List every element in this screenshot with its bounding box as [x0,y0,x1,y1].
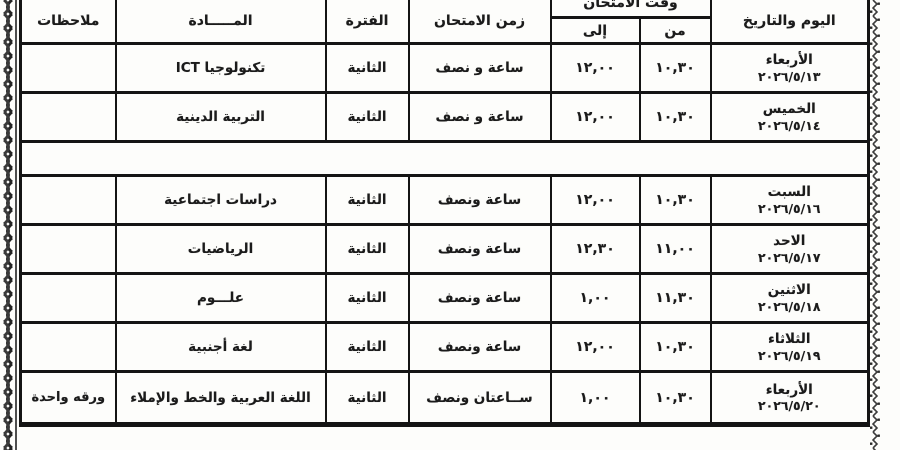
table-header: اليوم والتاريخ وقت الامتحان زمن الامتحان… [21,0,869,44]
time-to-cell: ١٢,٠٠ [551,44,640,93]
date-value: ٢٠٢٦/٥/١٧ [714,250,866,265]
date-value: ٢٠٢٦/٥/١٦ [714,201,866,216]
day-name: الأربعاء [714,52,866,69]
subject-cell: علـــوم [116,274,326,323]
subject-cell: اللغة العربية والخط والإملاء [116,372,326,425]
header-day-date: اليوم والتاريخ [711,0,869,44]
duration-cell: ساعة و نصف [409,93,551,142]
subject-cell: تكنولوجيا ICT [116,44,326,93]
date-value: ٢٠٢٦/٥/١٤ [714,118,866,133]
subject-cell: دراسات اجتماعية [116,176,326,225]
exam-row: الاثنين٢٠٢٦/٥/١٨١١,٣٠١,٠٠ساعة ونصفالثاني… [21,274,869,323]
time-to-cell: ١٢,٠٠ [551,323,640,372]
left-ornament-border [0,0,17,450]
separator-row [21,142,869,176]
right-ornament-border [868,0,882,450]
day-name: الخميس [714,101,866,118]
day-date-cell: السبت٢٠٢٦/٥/١٦ [711,176,869,225]
period-cell: الثانية [326,176,409,225]
time-from-cell: ١٠,٣٠ [640,93,711,142]
period-cell: الثانية [326,323,409,372]
subject-cell: الرياضيات [116,225,326,274]
time-to-cell: ١,٠٠ [551,274,640,323]
day-date-cell: الاثنين٢٠٢٦/٥/١٨ [711,274,869,323]
duration-cell: ساعة ونصف [409,225,551,274]
time-from-cell: ١١,٠٠ [640,225,711,274]
subject-cell: لغة أجنبية [116,323,326,372]
time-to-cell: ١٢,٠٠ [551,176,640,225]
exam-row: الاحد٢٠٢٦/٥/١٧١١,٠٠١٢,٣٠ساعة ونصفالثانية… [21,225,869,274]
time-from-cell: ١٠,٣٠ [640,372,711,425]
day-name: الاحد [714,233,866,250]
notes-cell [21,176,116,225]
header-exam-time: وقت الامتحان [551,0,711,18]
day-date-cell: الأربعاء٢٠٢٦/٥/١٣ [711,44,869,93]
header-period: الفترة [326,0,409,44]
day-date-cell: الخميس٢٠٢٦/٥/١٤ [711,93,869,142]
header-subject: المـــــادة [116,0,326,44]
time-from-cell: ١٠,٣٠ [640,323,711,372]
date-value: ٢٠٢٦/٥/٢٠ [714,398,866,413]
period-cell: الثانية [326,372,409,425]
duration-cell: ســاعتان ونصف [409,372,551,425]
period-cell: الثانية [326,274,409,323]
day-name: السبت [714,184,866,201]
notes-cell [21,225,116,274]
header-exam-time-label: وقت الامتحان [554,0,708,16]
day-date-cell: الثلاثاء٢٠٢٦/٥/١٩ [711,323,869,372]
header-from: من [640,18,711,44]
time-from-cell: ١٠,٣٠ [640,44,711,93]
header-notes: ملاحظات [21,0,116,44]
scanned-exam-schedule-page: اليوم والتاريخ وقت الامتحان زمن الامتحان… [0,0,900,450]
time-from-cell: ١١,٣٠ [640,274,711,323]
header-to: إلى [551,18,640,44]
exam-row: الثلاثاء٢٠٢٦/٥/١٩١٠,٣٠١٢,٠٠ساعة ونصفالثا… [21,323,869,372]
period-cell: الثانية [326,225,409,274]
time-from-cell: ١٠,٣٠ [640,176,711,225]
notes-cell: ورقه واحدة [21,372,116,425]
time-to-cell: ١٢,٠٠ [551,93,640,142]
exam-schedule-table: اليوم والتاريخ وقت الامتحان زمن الامتحان… [19,0,870,427]
period-cell: الثانية [326,44,409,93]
subject-cell: التربية الدينية [116,93,326,142]
time-to-cell: ١٢,٣٠ [551,225,640,274]
date-value: ٢٠٢٦/٥/١٨ [714,299,866,314]
time-to-cell: ١,٠٠ [551,372,640,425]
duration-cell: ساعة ونصف [409,274,551,323]
day-date-cell: الأربعاء٢٠٢٦/٥/٢٠ [711,372,869,425]
exam-row: الأربعاء٢٠٢٦/٥/٢٠١٠,٣٠١,٠٠ســاعتان ونصفا… [21,372,869,425]
day-name: الأربعاء [714,382,866,399]
period-cell: الثانية [326,93,409,142]
exam-row: الأربعاء٢٠٢٦/٥/١٣١٠,٣٠١٢,٠٠ساعة و نصفالث… [21,44,869,93]
day-date-cell: الاحد٢٠٢٦/٥/١٧ [711,225,869,274]
separator-cell [21,142,869,176]
date-value: ٢٠٢٦/٥/١٩ [714,348,866,363]
duration-cell: ساعة و نصف [409,44,551,93]
notes-cell [21,93,116,142]
table-body: الأربعاء٢٠٢٦/٥/١٣١٠,٣٠١٢,٠٠ساعة و نصفالث… [21,44,869,425]
day-name: الثلاثاء [714,331,866,348]
date-value: ٢٠٢٦/٥/١٣ [714,69,866,84]
exam-row: السبت٢٠٢٦/٥/١٦١٠,٣٠١٢,٠٠ساعة ونصفالثانية… [21,176,869,225]
notes-cell [21,323,116,372]
duration-cell: ساعة ونصف [409,176,551,225]
day-name: الاثنين [714,282,866,299]
notes-cell [21,44,116,93]
exam-row: الخميس٢٠٢٦/٥/١٤١٠,٣٠١٢,٠٠ساعة و نصفالثان… [21,93,869,142]
header-duration: زمن الامتحان [409,0,551,44]
notes-cell [21,274,116,323]
duration-cell: ساعة ونصف [409,323,551,372]
